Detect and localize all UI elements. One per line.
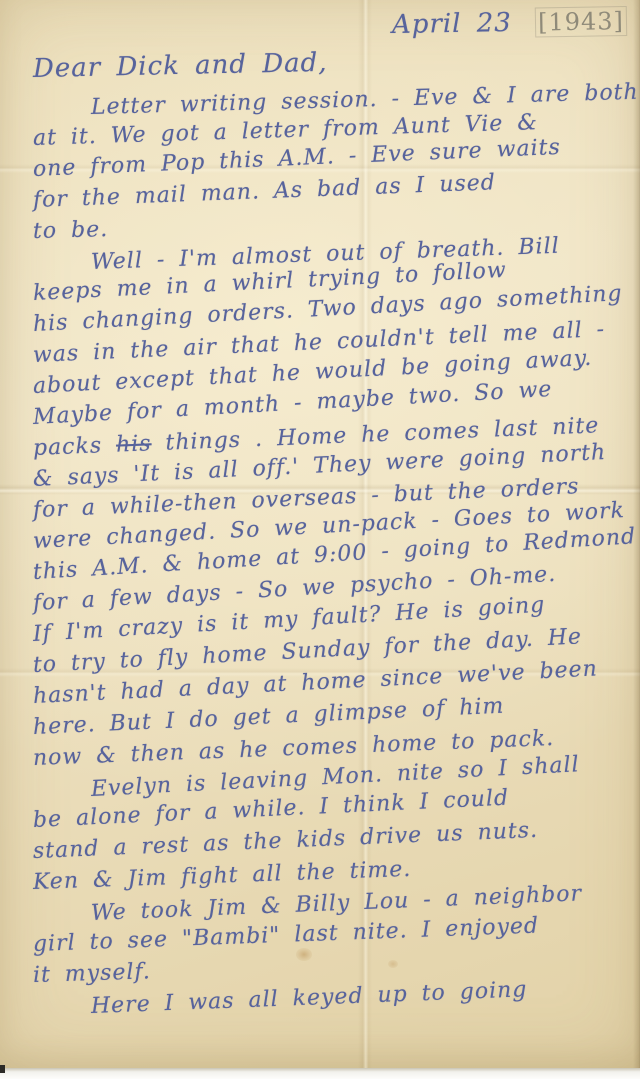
date-year-pencil-annotation: [1943] [535,6,627,38]
struck-word: his [116,431,152,457]
strike-line-before: packs [32,433,116,461]
letter-paper: April 23 [1943] Dear Dick and Dad, Lette… [0,0,640,1068]
letter-greeting: Dear Dick and Dad, [33,48,328,84]
scan-edge-artifact [0,1065,5,1073]
letter-body: Letter writing session. - Eve & I are bo… [33,92,629,1022]
scanned-letter-page: April 23 [1943] Dear Dick and Dad, Lette… [0,0,640,1079]
date-ink-text: April 23 [392,8,512,40]
scanner-background-strip [0,1068,640,1079]
letter-date: April 23 [1943] [392,6,627,40]
